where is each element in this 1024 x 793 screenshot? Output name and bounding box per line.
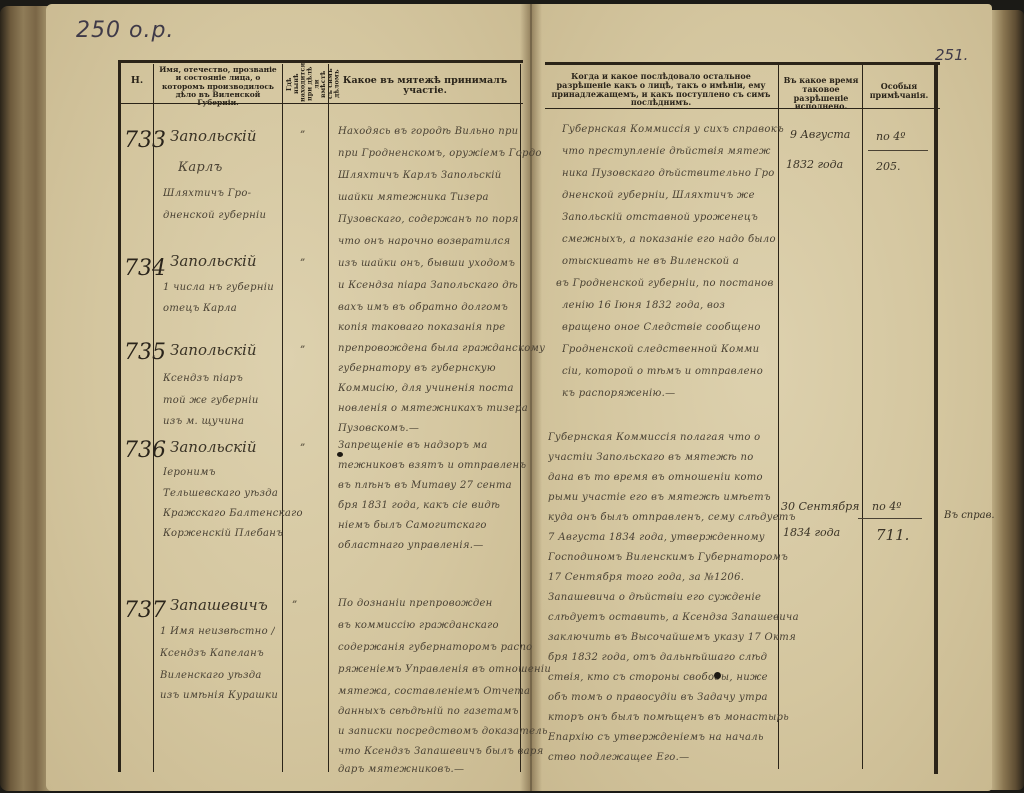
left-page-number: 250 о.р. [76, 18, 174, 43]
text-line: ряженіемъ Управленія въ отношеніи [338, 664, 551, 675]
text-line: содержанія губернаторомъ распо [338, 642, 533, 653]
entry-status-line: Корженскій Плебанъ [163, 528, 283, 539]
open-ledger-book: 250 о.р. 251. Н. Имя, отечество, прозван… [0, 0, 1024, 793]
text-line: что Ксендзъ Запашевичъ былъ варя [338, 746, 544, 757]
ink-blot [714, 672, 721, 679]
entry-number: 735 [124, 340, 166, 365]
text-line: заключить въ Высочайшемъ указу 17 Октя [548, 632, 796, 643]
text-line: Господиномъ Виленскимъ Губернаторомъ [548, 552, 788, 563]
header-whereabouts: Гдѣ нынѣ находится при дѣлѣ ли вмѣстѣ съ… [286, 66, 326, 102]
entry-status-line: Іеронимъ [163, 467, 216, 478]
text-line: и Ксендза піара Запольскаго дѣ [338, 280, 518, 291]
text-line: новленія о мятежникахъ тизера [338, 403, 528, 414]
remarks-reference: по 4º [872, 500, 901, 513]
text-line: въ коммиссію гражданскаго [338, 620, 499, 631]
entry-given-name: Карлъ [178, 160, 223, 175]
text-line: Гродненской следственной Комми [562, 344, 759, 355]
text-line: вахъ имъ въ обратно долгомъ [338, 302, 508, 313]
header-top-rule-left [120, 60, 523, 63]
entry-status-line: дненской губерніи [163, 210, 266, 221]
text-line: бря 1832 года, отъ дальнѣйшаго слѣд [548, 652, 767, 663]
text-line: къ распоряженію.— [562, 388, 675, 399]
entry-surname: Запольскій [170, 341, 257, 359]
text-line: въ Гродненской губерніи, по постанов [556, 278, 774, 289]
text-line: мятежа, составленіемъ Отчета [338, 686, 530, 697]
text-line: копія таковаго показанія пре [338, 322, 505, 333]
text-line: объ томъ о правосудіи въ Задачу утра [548, 692, 768, 703]
text-line: Пузовскомъ.— [338, 423, 419, 434]
executed-date: 30 Сентября [781, 500, 859, 513]
text-line: Запольскій отставной уроженецъ [562, 212, 758, 223]
entry-number: 736 [124, 438, 166, 463]
remarks-reference: по 4º [876, 130, 905, 143]
book-page-edges-right [990, 10, 1024, 790]
entry-status-line: Ксендзъ піаръ [163, 373, 243, 384]
rule-after-whereabouts [328, 64, 329, 772]
rule-after-number [153, 64, 154, 772]
text-line: тежниковъ взятъ и отправленъ [338, 460, 526, 471]
entry-status-line: изъ имѣнія Курашки [160, 690, 278, 701]
entry-number: 733 [124, 128, 166, 153]
text-line: ленію 16 Іюня 1832 года, воз [562, 300, 725, 311]
text-line: сіи, которой о тѣмъ и отправлено [562, 366, 763, 377]
rule-after-name [282, 64, 283, 772]
executed-date: 9 Августа [790, 128, 850, 141]
remarks-number: 711. [876, 526, 909, 544]
entry-surname: Запольскій [170, 127, 257, 145]
entry-surname: Запашевичъ [170, 596, 268, 614]
text-line: отыскивать не въ Виленской а [562, 256, 739, 267]
entry-status-line: Ксендзъ Капеланъ [160, 648, 264, 659]
text-line: областнаго управленія.— [338, 540, 484, 551]
text-line: при Гродненскомъ, оружіемъ Гордо [338, 148, 542, 159]
header-number: Н. [124, 76, 150, 86]
entry-status-line: 1 Имя неизвѣстно / [160, 626, 275, 637]
entry-number: 734 [124, 256, 166, 281]
text-line: ство подлежащее Его.— [548, 752, 689, 763]
text-line: дана въ то время въ отношеніи кото [548, 472, 763, 483]
text-line: изъ шайки онъ, бывши уходомъ [338, 258, 515, 269]
text-line: ствія, кто съ стороны свободы, ниже [548, 672, 768, 683]
text-line: Коммисію, для учиненія поста [338, 383, 514, 394]
text-line: 7 Августа 1834 года, утвержденному [548, 532, 765, 543]
entry-status-line: отецъ Карла [163, 303, 237, 314]
header-resolution: Когда и какое послѣдовало остальное разр… [546, 72, 776, 107]
text-line: Запрещеніе въ надзоръ ма [338, 440, 488, 451]
text-line: дненской губерніи, Шляхтичъ же [562, 190, 755, 201]
right-border-rule [934, 62, 938, 774]
entry-status-line: Виленскаго уѣзда [160, 670, 262, 681]
text-line: ніемъ былъ Самогитскаго [338, 520, 487, 531]
header-bottom-rule-right [545, 108, 940, 109]
entry-status-line: Тельшевскаго уѣзда [163, 488, 278, 499]
rule-after-executed [862, 64, 863, 769]
remarks-number: 205. [876, 160, 901, 173]
right-page-number: 251. [935, 46, 968, 64]
header-participation: Какое въ мятежѣ принималъ участіе. [332, 76, 518, 97]
text-line: шайки мятежника Тизера [338, 192, 489, 203]
entry-number: 737 [124, 598, 166, 623]
header-remarks: Особыя примѣчанія. [865, 82, 933, 100]
margin-note: Въ справ. [944, 510, 995, 521]
text-line: куда онъ былъ отправленъ, сему слѣдуетъ [548, 512, 796, 523]
header-name: Имя, отечество, прозваніе и состояніе ли… [157, 66, 279, 107]
entry-status-line: той же губерніи [163, 395, 259, 406]
entry-status-line: Шляхтичъ Гро- [163, 188, 251, 199]
text-line: Находясь въ городѣ Вильно при [338, 126, 518, 137]
text-line: слѣдуетъ оставить, а Ксендза Запашевича [548, 612, 799, 623]
text-line: бря 1831 года, какъ сіе видѣ [338, 500, 500, 511]
text-line: въ плѣнъ въ Митаву 27 сента [338, 480, 512, 491]
entry-surname: Запольскій [170, 438, 257, 456]
text-line: рыми участіе его въ мятежѣ имѣетъ [548, 492, 771, 503]
text-line: и записки посредствомъ доказатель [338, 726, 548, 737]
ditto-mark: ” [300, 258, 305, 269]
fraction-rule [858, 518, 922, 519]
text-line: губернатору въ губернскую [338, 363, 496, 374]
entry-status-line: изъ м. щучина [163, 416, 244, 427]
ditto-mark: ” [292, 600, 297, 611]
text-line: смежныхъ, а показаніе его надо было [562, 234, 776, 245]
text-line: что преступленіе дѣйствія мятеж [562, 146, 771, 157]
text-line: 17 Сентября того года, за №1206. [548, 572, 744, 583]
text-line: Пузовскаго, содержанъ по поря [338, 214, 519, 225]
header-executed: Въ какое время таковое разрѣшеніе исполн… [781, 76, 861, 111]
text-line: вращено оное Следствіе сообщено [562, 322, 761, 333]
text-line: ника Пузовскаго дѣйствительно Гро [562, 168, 775, 179]
entry-status-line: 1 числа нъ губерніи [163, 282, 274, 293]
entry-status-line: Кражскаго Балтенскаго [163, 508, 303, 519]
left-border-rule [118, 60, 121, 772]
text-line: препровождена была гражданскому [338, 343, 545, 354]
executed-year: 1834 года [783, 526, 840, 539]
executed-year: 1832 года [786, 158, 843, 171]
ditto-mark: ” [300, 130, 305, 141]
text-line: Запашевича о дѣйствіи его сужденіе [548, 592, 761, 603]
text-line: кторъ онъ былъ помѣщенъ въ монастырь [548, 712, 789, 723]
text-line: даръ мятежниковъ.— [338, 764, 464, 775]
text-line: что онъ нарочно возвратился [338, 236, 510, 247]
rule-after-resolution [778, 64, 779, 769]
text-line: Губернская Коммиссія у сихъ справокъ [562, 124, 784, 135]
ditto-mark: ” [300, 443, 305, 454]
text-line: Шляхтичъ Карлъ Запольскій [338, 170, 502, 181]
entry-surname: Запольскій [170, 252, 257, 270]
fraction-rule [868, 150, 928, 151]
text-line: Губернская Коммиссія полагая что о [548, 432, 760, 443]
ink-blot [337, 452, 343, 457]
text-line: данныхъ свѣдѣній по газетамъ [338, 706, 519, 717]
header-top-rule-right [545, 62, 940, 65]
text-line: Епархію съ утвержденіемъ на началь [548, 732, 764, 743]
ditto-mark: ” [300, 345, 305, 356]
text-line: По дознаніи препровожден [338, 598, 493, 609]
text-line: участіи Запольскаго въ мятежѣ по [548, 452, 754, 463]
